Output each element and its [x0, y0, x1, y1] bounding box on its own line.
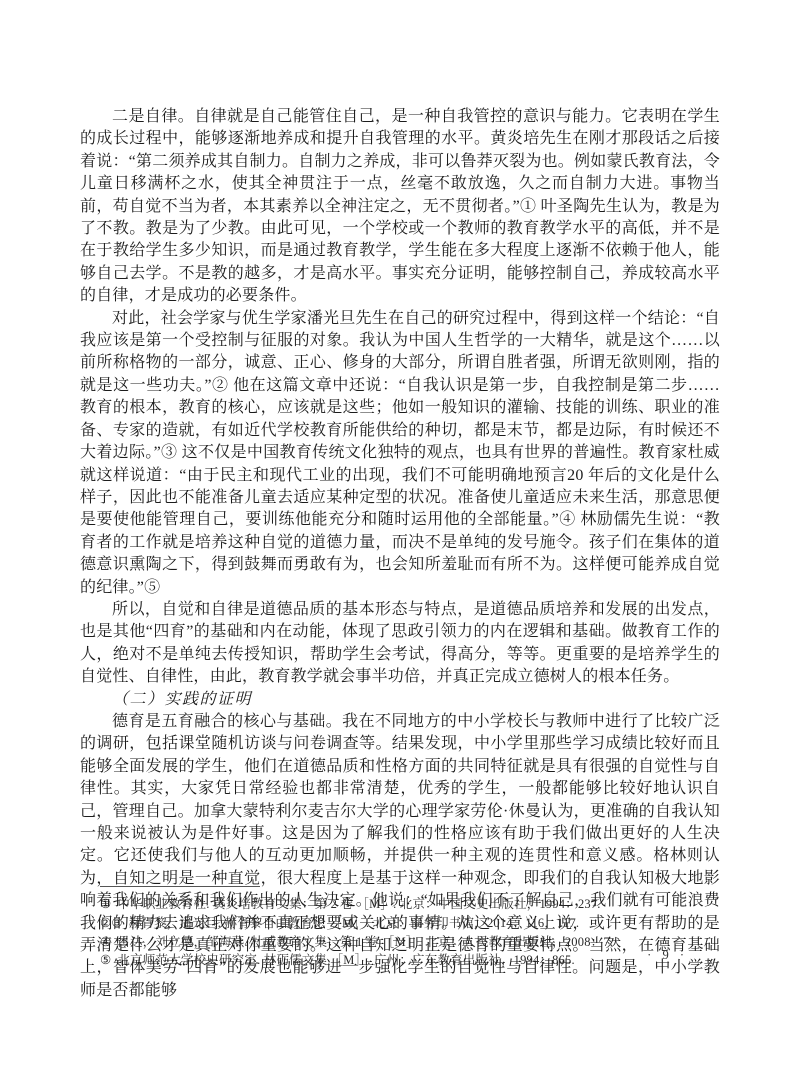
paragraph-pan-guangdan-quote: 对此，社会学家与优生学家潘光旦先生在自己的研究过程中，得到这样一个结论：“自我应… [80, 308, 720, 599]
main-text-block: 二是自律。自律就是自己能管住自己，是一种自我管控的意识与能力。它表明在学生的成长… [80, 106, 720, 1002]
footnote-marker: ④ [100, 933, 111, 952]
footnote-item: ②③ 赫胥黎，潘光旦. 赫胥黎自由教育论 ［M］. 北京：商务印书馆，2014：… [100, 914, 720, 933]
footnote-item: ① 中华职业教育社. 黄炎培教育文集：第 2 卷 ［M］. 北京：中国文史出版社… [100, 895, 720, 914]
footnote-item: ④ 吕达，刘立德，邹海燕. 杜威教育文集：第 1 卷 ［M］. 北京：人民教育出… [100, 933, 720, 952]
section-heading-practice-proof: （二）实践的证明 [80, 689, 720, 711]
document-page: 二是自律。自律就是自己能管住自己，是一种自我管控的意识与能力。它表明在学生的成长… [0, 0, 800, 1077]
paragraph-conclusion-four-educations: 所以，自觉和自律是道德品质的基本形态与特点，是道德品质培养和发展的出发点，也是其… [80, 599, 720, 689]
footnote-text: 北京师范大学校史研究室. 林砺儒文集 ［M］. 广州：广东教育出版社，1994：… [117, 951, 720, 970]
footnote-marker: ②③ [100, 914, 123, 933]
footnote-text: 赫胥黎，潘光旦. 赫胥黎自由教育论 ［M］. 北京：商务印书馆，2014：116… [129, 914, 720, 933]
footnote-list: ① 中华职业教育社. 黄炎培教育文集：第 2 卷 ［M］. 北京：中国文史出版社… [100, 895, 720, 970]
page-number: · 9 · [647, 948, 688, 963]
footnote-separator-rule [100, 886, 260, 887]
footnote-text: 中华职业教育社. 黄炎培教育文集：第 2 卷 ［M］. 北京：中国文史出版社，1… [117, 895, 720, 914]
footnote-marker: ① [100, 895, 111, 914]
footnote-area: ① 中华职业教育社. 黄炎培教育文集：第 2 卷 ［M］. 北京：中国文史出版社… [80, 886, 720, 970]
paragraph-self-discipline: 二是自律。自律就是自己能管住自己，是一种自我管控的意识与能力。它表明在学生的成长… [80, 106, 720, 308]
footnote-text: 吕达，刘立德，邹海燕. 杜威教育文集：第 1 卷 ［M］. 北京：人民教育出版社… [117, 933, 720, 952]
footnote-item: ⑤ 北京师范大学校史研究室. 林砺儒文集 ［M］. 广州：广东教育出版社，199… [100, 951, 720, 970]
footnote-marker: ⑤ [100, 951, 111, 970]
